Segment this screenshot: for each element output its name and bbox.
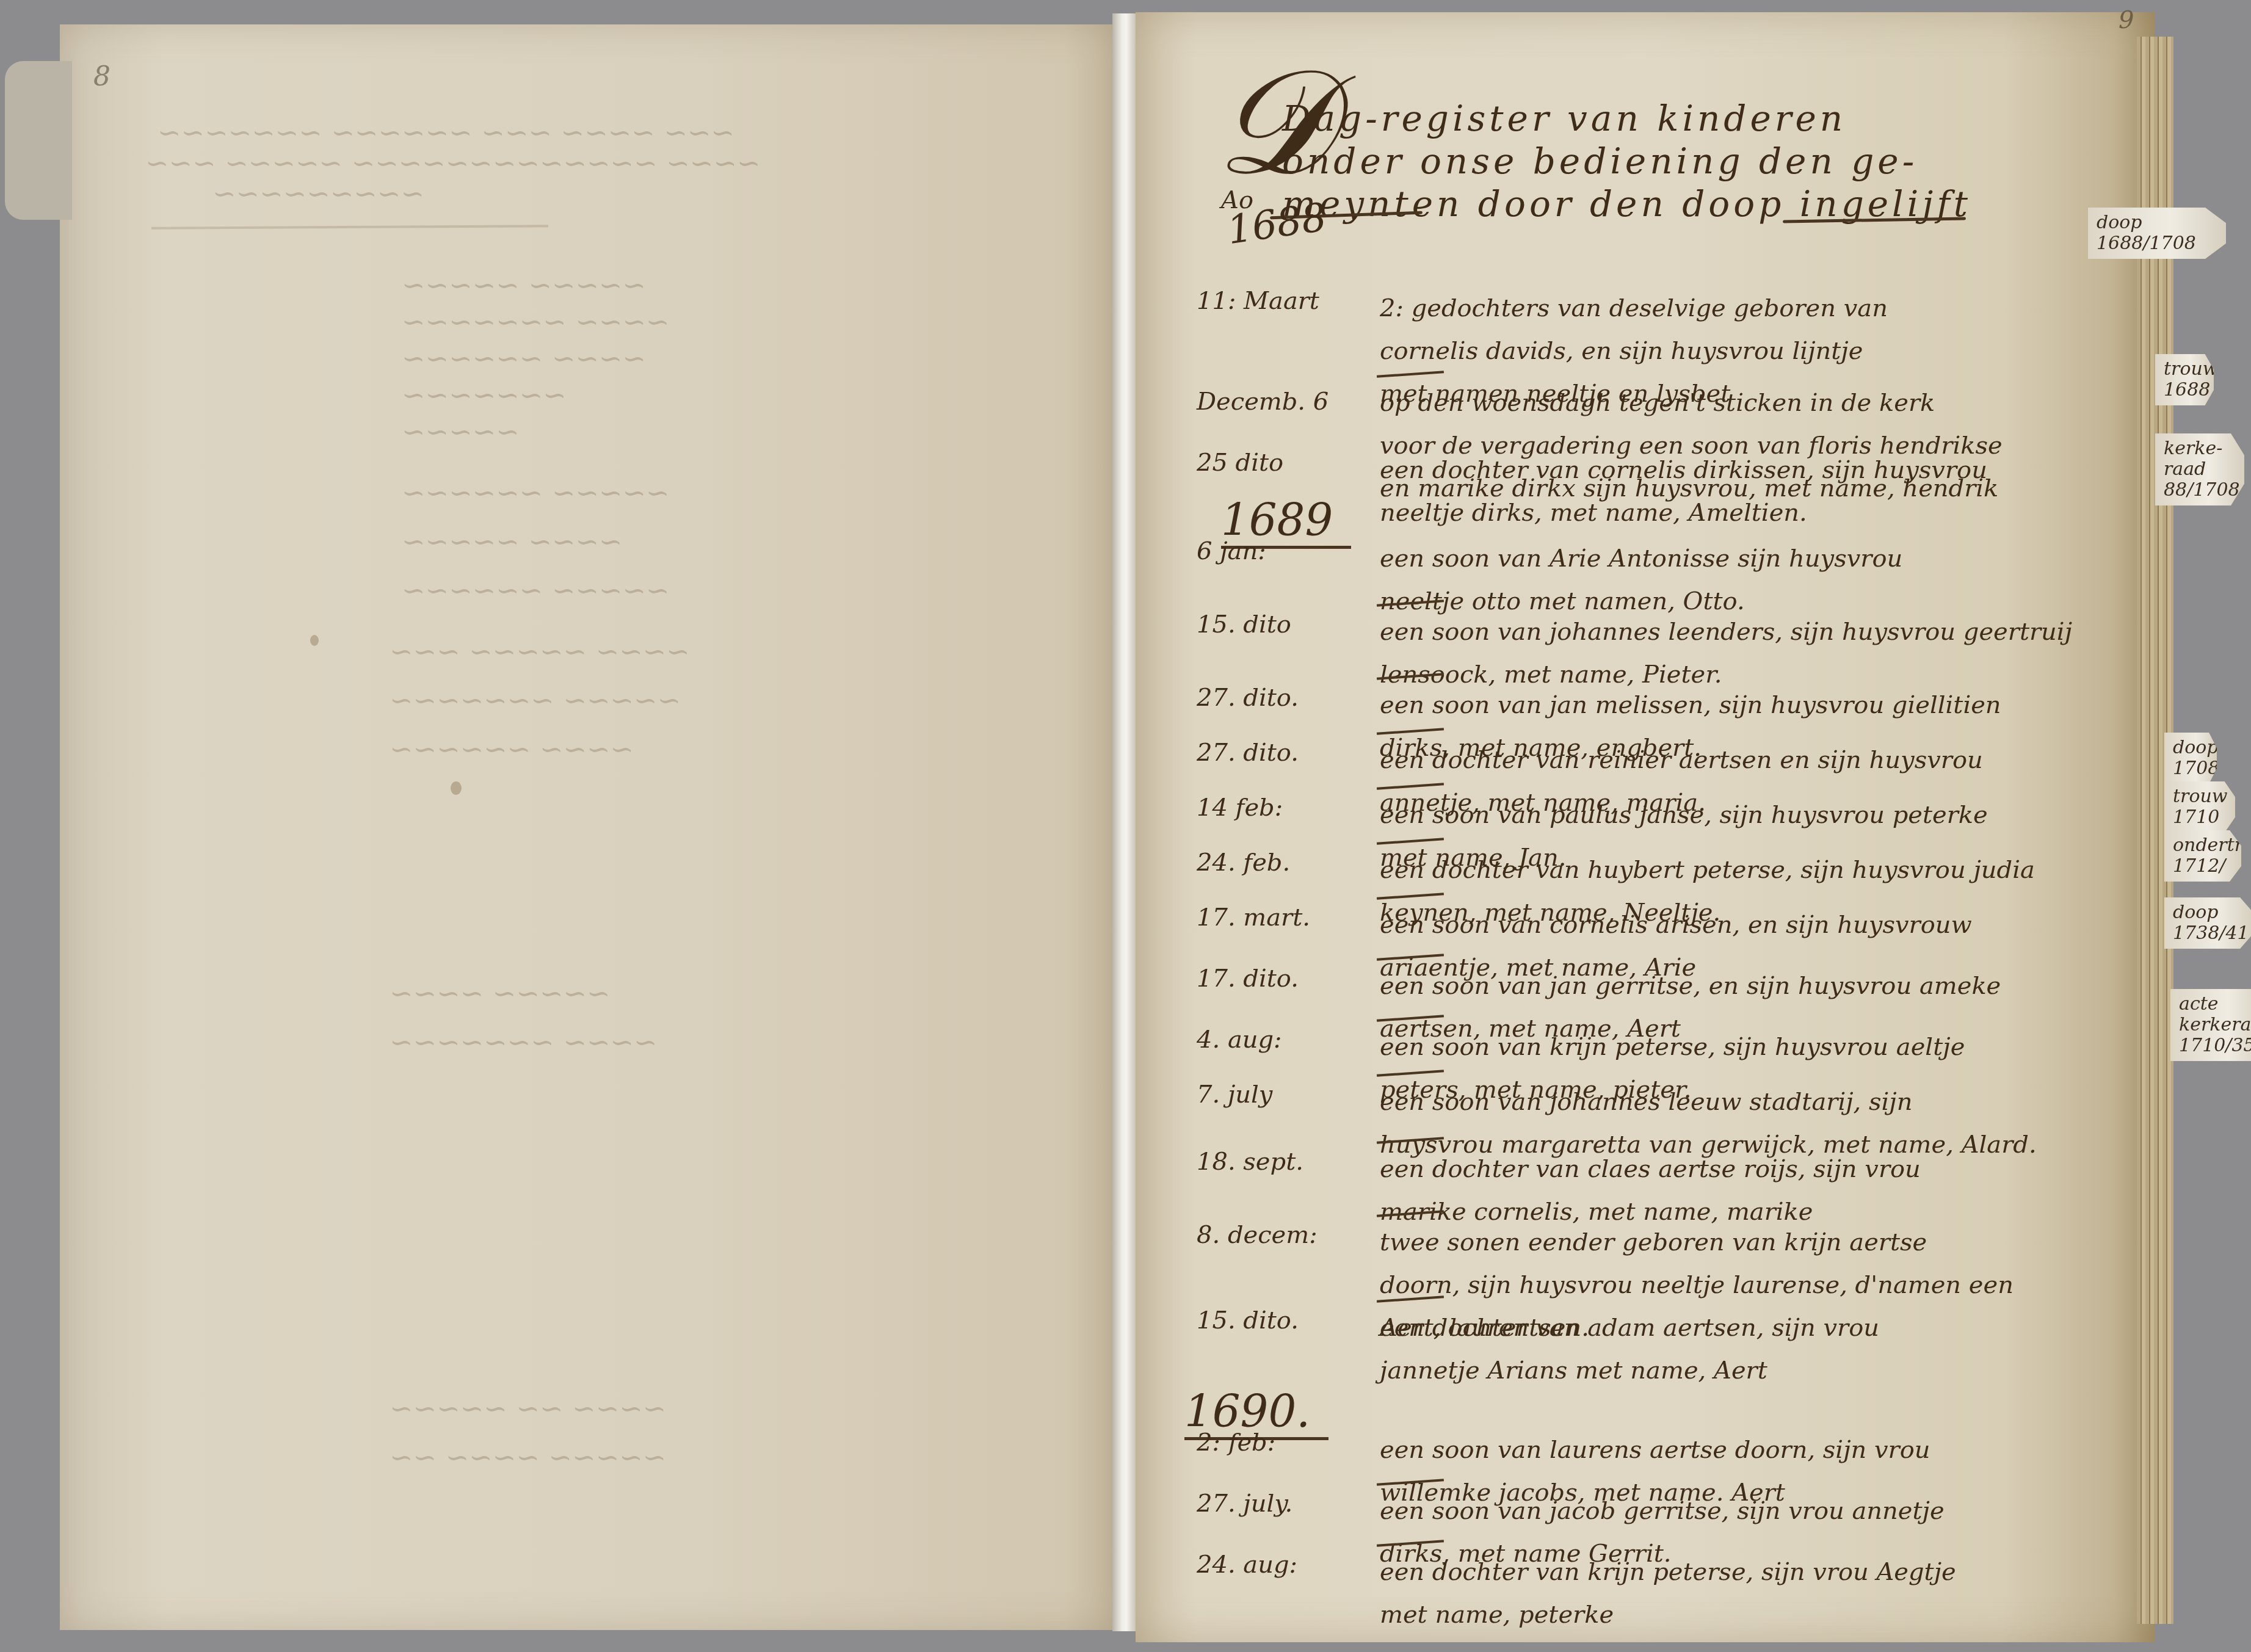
bleed-through-text: ~~~~~ ~~~~~ bbox=[402, 269, 646, 302]
entry-text: een dochter van cornelis dirkissen, sijn… bbox=[1380, 449, 2125, 534]
entry-date: 27. dito. bbox=[1197, 684, 1386, 712]
entry-text: een soon van Arie Antonisse sijn huysvro… bbox=[1380, 537, 2125, 623]
title-line-2: onder onse bediening den ge- bbox=[1282, 140, 1918, 182]
entry-text: een dochter van adam aertsen, sijn vrou … bbox=[1380, 1306, 2125, 1392]
bleed-through-text: ~~~~~ ~~~~~~ bbox=[402, 574, 670, 607]
entry-date: 6 jan: bbox=[1197, 537, 1386, 565]
bleed-through-text: ~~~~~ ~~~~ ~~ bbox=[390, 1441, 666, 1474]
index-tab-trouw-1688[interactable]: trouw 1688 bbox=[2155, 354, 2214, 405]
entry-date: 18. sept. bbox=[1197, 1148, 1386, 1176]
bleed-through-rule bbox=[151, 225, 548, 229]
left-page: 8 ~~~ ~~~~ ~~~ ~~~~~~ ~~~~~~~ ~~~~ ~~~~~… bbox=[60, 24, 1117, 1630]
bleed-through-text: ~~~~ ~~~~~~~ bbox=[402, 305, 670, 338]
bleed-through-text: ~~~~~~~ bbox=[402, 379, 567, 411]
entry-date: 17. dito. bbox=[1197, 965, 1386, 993]
right-folio-number: 9 bbox=[2119, 6, 2134, 34]
entry-date: 2: feb: bbox=[1197, 1429, 1386, 1457]
left-folio-number: 8 bbox=[93, 61, 111, 92]
bleed-through-text: ~~~~ ~~~~~ ~~~ bbox=[390, 635, 690, 668]
entry-text: een dochter van krijn peterse, sijn vrou… bbox=[1380, 1551, 2125, 1636]
page-edge-flap bbox=[5, 61, 72, 220]
entry-text: een soon van johannes leenders, sijn huy… bbox=[1380, 610, 2125, 696]
bleed-through-text: ~~~~~ ~~~~~~~ bbox=[390, 684, 681, 717]
entry-date: 14 feb: bbox=[1197, 794, 1386, 822]
entry-date: 8. decem: bbox=[1197, 1221, 1386, 1249]
bleed-through-text: ~~~~ ~~~~~~~~~~~~~ ~~~~~ ~~~ bbox=[145, 147, 760, 179]
entry-date: 4. aug: bbox=[1197, 1026, 1386, 1054]
index-tab-ondertrouw-1712[interactable]: ondertrouw 1712/ bbox=[2164, 830, 2241, 882]
bleed-through-text: ~~~~~ bbox=[402, 415, 520, 448]
bleed-through-text: ~~~~ ~~~~~~ bbox=[402, 342, 646, 375]
index-tab-doop-1708[interactable]: doop 1708/ bbox=[2164, 733, 2217, 784]
bleed-through-text: ~~~~ ~~~~~ bbox=[402, 525, 623, 558]
bleed-through-text: ~~~~~~~~~ bbox=[212, 177, 424, 210]
entry-date: 15. dito. bbox=[1197, 1306, 1386, 1335]
index-tab-acte-kerkeraad[interactable]: acte kerkeraad 1710/35 bbox=[2170, 989, 2251, 1061]
entry-date: 11: Maart bbox=[1197, 287, 1386, 315]
bleed-through-text: ~~~~ ~~~~~~ bbox=[390, 733, 634, 766]
entry-text: een dochter van claes aertse roijs, sijn… bbox=[1380, 1148, 2125, 1233]
entry-date: 7. july bbox=[1197, 1081, 1386, 1109]
entry-date: 25 dito bbox=[1197, 449, 1386, 477]
bleed-through-text: ~~~ ~~~~ ~~~ ~~~~~~ ~~~~~~~ bbox=[158, 116, 734, 149]
entry-date: 27. dito. bbox=[1197, 739, 1386, 767]
bleed-through-text: ~~~~ ~~~~~~~ bbox=[390, 1026, 658, 1059]
bleed-through-text: ~~~~~ ~~~~ bbox=[390, 977, 611, 1010]
ink-spot bbox=[310, 635, 319, 646]
bleed-through-text: ~~~~ ~~ ~~~~~ bbox=[390, 1392, 666, 1425]
entry-date: 24. feb. bbox=[1197, 849, 1386, 877]
book-gutter bbox=[1112, 13, 1136, 1631]
title-line-1: Dag-register van kinderen bbox=[1282, 98, 1846, 139]
index-tab-doop-1738[interactable]: doop 1738/41 bbox=[2164, 897, 2251, 949]
entry-date: 24. aug: bbox=[1197, 1551, 1386, 1579]
index-tab-kerkeraad-1688[interactable]: kerke- raad 88/1708 bbox=[2155, 433, 2244, 505]
ink-spot bbox=[451, 781, 462, 795]
entry-date: 17. mart. bbox=[1197, 904, 1386, 932]
index-tab-doop-1688[interactable]: doop 1688/1708 bbox=[2088, 208, 2226, 259]
entry-date: 27. july. bbox=[1197, 1490, 1386, 1518]
entry-date: 15. dito bbox=[1197, 610, 1386, 639]
entry-date: Decemb. 6 bbox=[1197, 388, 1386, 416]
bleed-through-text: ~~~~~ ~~~~~~ bbox=[402, 476, 670, 509]
index-tab-trouw-1710[interactable]: trouw 1710 bbox=[2164, 781, 2235, 833]
open-register-book: 8 ~~~ ~~~~ ~~~ ~~~~~~ ~~~~~~~ ~~~~ ~~~~~… bbox=[0, 0, 2251, 1652]
